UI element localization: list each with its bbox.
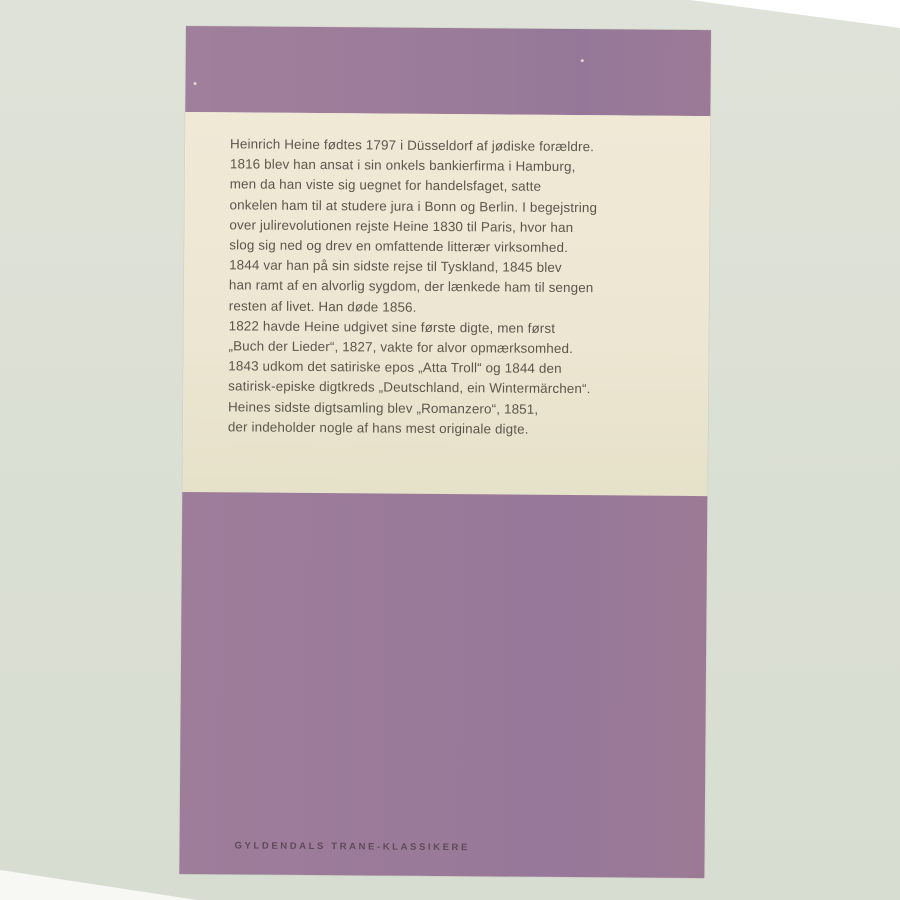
bottom-purple-band [179, 492, 707, 878]
wear-speck [581, 59, 584, 62]
wear-speck [194, 82, 197, 85]
publisher-series-label: GYLDENDALS TRANE-KLASSIKERE [235, 840, 470, 853]
blurb-line: der indeholder nogle af hans mest origin… [228, 417, 698, 441]
top-purple-band [185, 26, 711, 116]
author-biography: Heinrich Heine fødtes 1797 i Düsseldorf … [228, 134, 700, 441]
book-back-cover: Heinrich Heine fødtes 1797 i Düsseldorf … [179, 26, 711, 878]
